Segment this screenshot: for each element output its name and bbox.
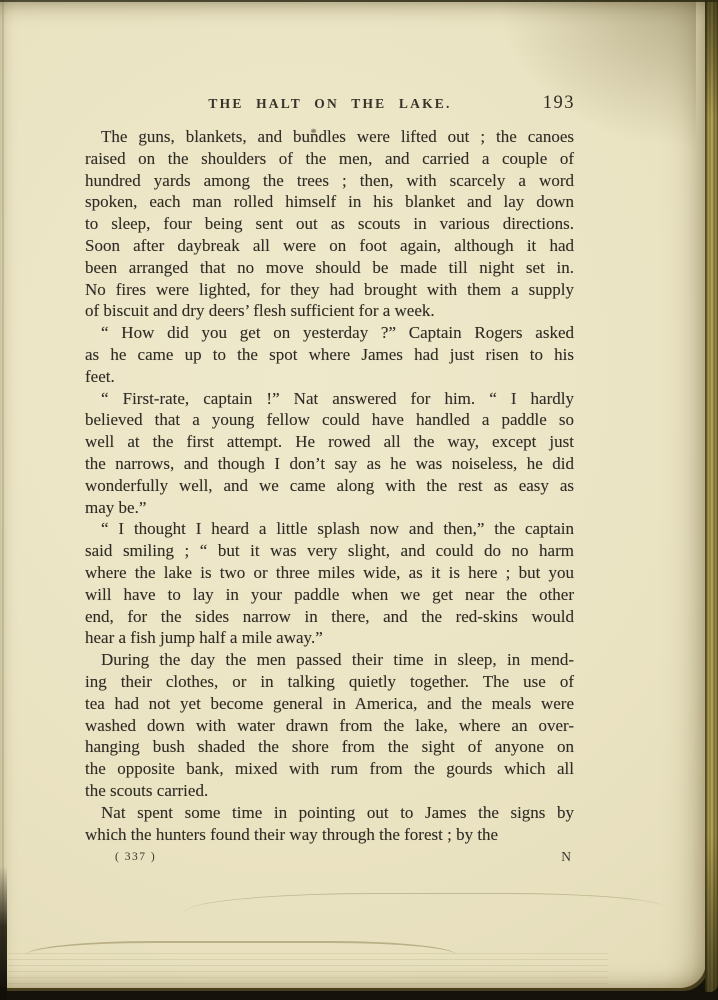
paragraph: “ First-rate, captain !” Nat answered fo… — [85, 388, 574, 519]
text-line: hundred yards among the trees ; then, wi… — [85, 170, 574, 192]
text-line: which the hunters found their way throug… — [85, 824, 574, 846]
running-head-title: THE HALT ON THE LAKE. — [85, 96, 575, 112]
text-line: Soon after daybreak all were on foot aga… — [85, 235, 574, 257]
text-line: “ I thought I heard a little splash now … — [85, 518, 574, 540]
text-line: end, for the sides narrow in there, and … — [85, 606, 574, 628]
text-line: well at the first attempt. He rowed all … — [85, 431, 574, 453]
text-line: spoken, each man rolled himself in his b… — [85, 191, 574, 213]
text-line: The guns, blankets, and bundles were lif… — [85, 126, 574, 148]
text-line: to sleep, four being sent out as scouts … — [85, 213, 574, 235]
text-line: believed that a young fellow could have … — [85, 409, 574, 431]
text-line: will have to lay in your paddle when we … — [85, 584, 574, 606]
text-line: feet. — [85, 366, 574, 388]
left-edge-shadow — [0, 866, 7, 1000]
text-line: of biscuit and dry deers’ flesh sufficie… — [85, 300, 574, 322]
text-line: Nat spent some time in pointing out to J… — [85, 802, 574, 824]
page-footer: ( 337 ) N — [85, 849, 574, 867]
paragraph: “ I thought I heard a little splash now … — [85, 518, 574, 649]
top-edge — [0, 0, 718, 2]
book-fore-edge — [705, 0, 718, 992]
book-page: THE HALT ON THE LAKE. 193 The guns, blan… — [0, 0, 706, 988]
body-paragraphs: The guns, blankets, and bundles were lif… — [85, 126, 574, 845]
text-line: the opposite bank, mixed with rum from t… — [85, 758, 574, 780]
text-line: the scouts carried. — [85, 780, 574, 802]
text-line: as he came up to the spot where James ha… — [85, 344, 574, 366]
book-page-scan: THE HALT ON THE LAKE. 193 The guns, blan… — [0, 0, 718, 1000]
text-line: may be.” — [85, 497, 574, 519]
text-line: wonderfully well, and we came along with… — [85, 475, 574, 497]
paragraph: Nat spent some time in pointing out to J… — [85, 802, 574, 846]
paragraph: The guns, blankets, and bundles were lif… — [85, 126, 574, 322]
gutter-line — [2, 0, 4, 985]
press-mark: N — [561, 849, 572, 865]
text-line: No fires were lighted, for they had brou… — [85, 279, 574, 301]
text-line: tea had not yet become general in Americ… — [85, 693, 574, 715]
text-line: ing their clothes, or in talking quietly… — [85, 671, 574, 693]
page-stack-edges — [8, 948, 608, 986]
text-line: During the day the men passed their time… — [85, 649, 574, 671]
paragraph: “ How did you get on yesterday ?” Captai… — [85, 322, 574, 387]
text-line: raised on the shoulders of the men, and … — [85, 148, 574, 170]
text-line: “ How did you get on yesterday ?” Captai… — [85, 322, 574, 344]
page-header: THE HALT ON THE LAKE. 193 — [85, 96, 575, 116]
text-line: hanging bush shaded the shore from the s… — [85, 736, 574, 758]
text-line: said smiling ; “ but it was very slight,… — [85, 540, 574, 562]
text-line: “ First-rate, captain !” Nat answered fo… — [85, 388, 574, 410]
signature-mark: ( 337 ) — [115, 851, 156, 863]
text-line: hear a fish jump half a mile away.” — [85, 627, 574, 649]
paragraph: During the day the men passed their time… — [85, 649, 574, 802]
page-number: 193 — [543, 93, 575, 114]
text-line: where the lake is two or three miles wid… — [85, 562, 574, 584]
text-line: been arranged that no move should be mad… — [85, 257, 574, 279]
text-line: washed down with water drawn from the la… — [85, 715, 574, 737]
text-line: the narrows, and though I don’t say as h… — [85, 453, 574, 475]
